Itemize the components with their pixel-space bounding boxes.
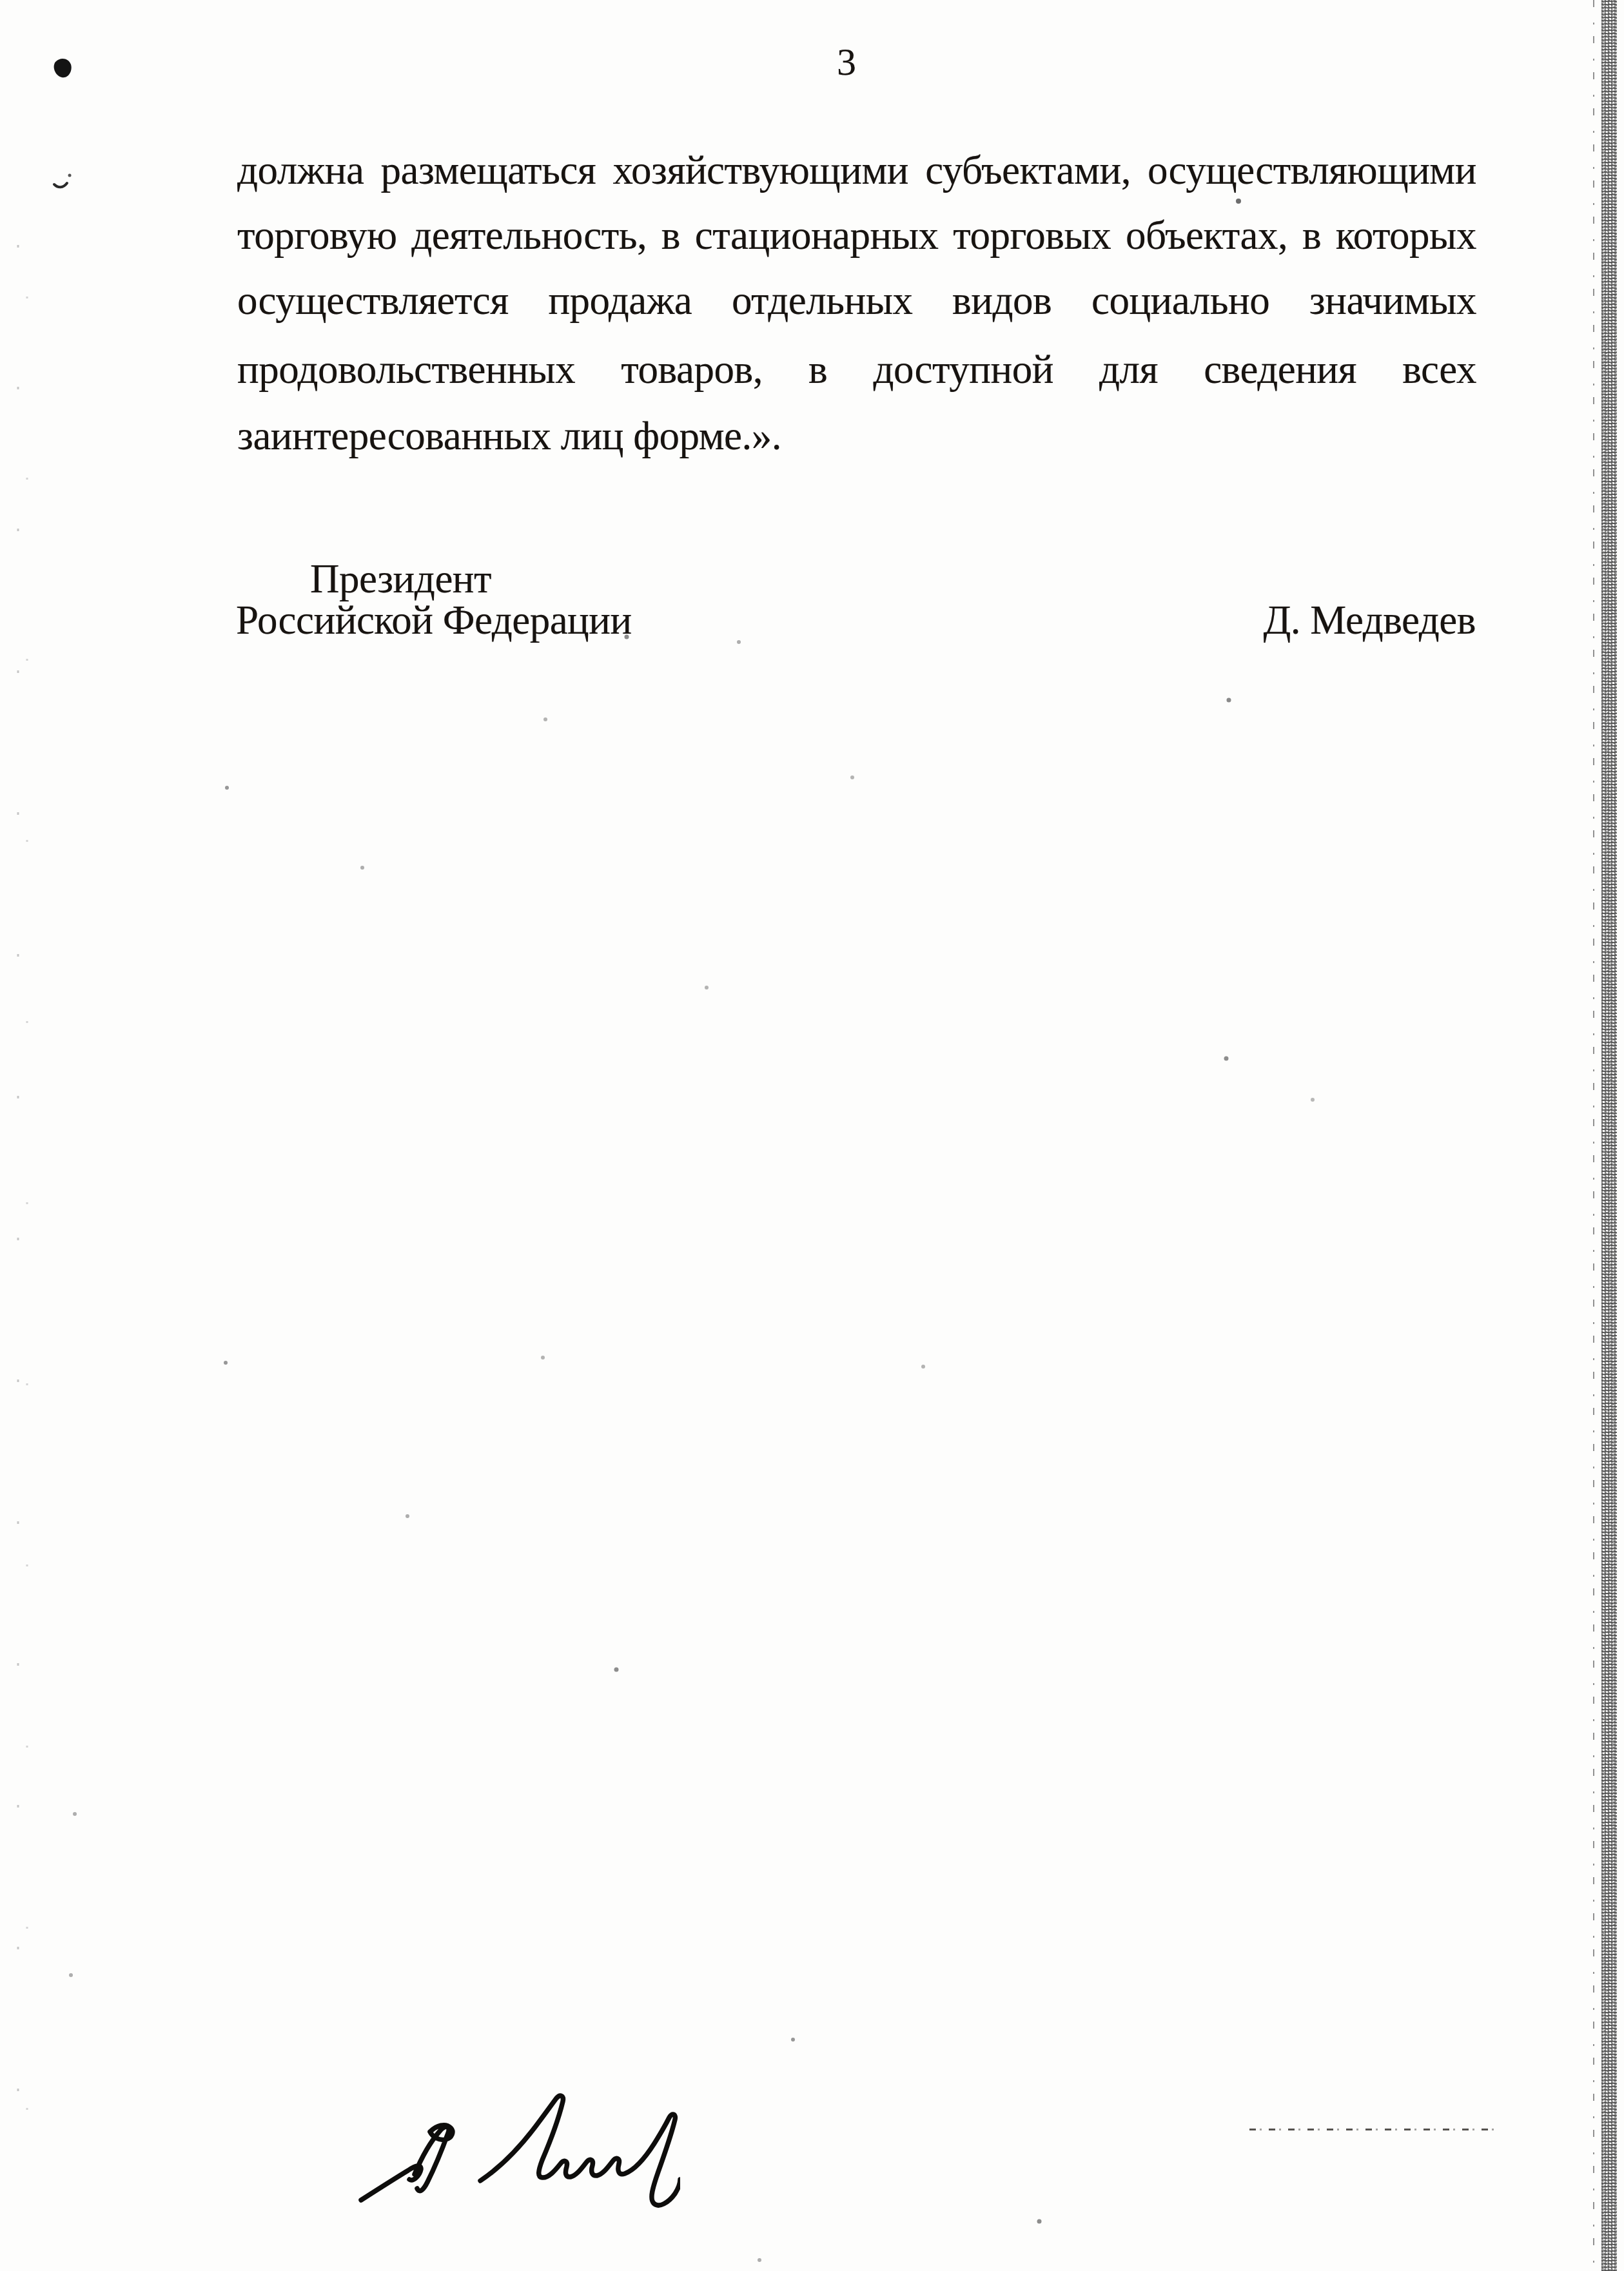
paragraph-line: должнаразмещатьсяхозяйствующимисубъектам… [237,147,1476,193]
scan-noise-layer [0,0,1624,2271]
paragraph-line: торговуюдеятельность,встационарныхторгов… [237,212,1476,258]
signatory-title-line-1: Президент [310,556,491,602]
document-page: 3 должнаразмещатьсяхозяйствующимисубъект… [0,0,1624,2271]
scan-noise-right-edge [1601,0,1617,2271]
paragraph-line: заинтересованных лиц форме.». [237,413,1476,459]
signatory-title-line-2: Российской Федерации [236,597,632,643]
paragraph-line: продовольственныхтоваров,вдоступнойдлясв… [237,346,1476,393]
dashed-line-artifact [1249,2129,1494,2130]
handwritten-signature-scribble-icon [358,2092,680,2208]
paragraph-line: осуществляетсяпродажаотдельныхвидовсоциа… [237,277,1476,324]
signatory-name: Д. Медведев [1263,597,1476,643]
page-number: 3 [837,39,856,85]
